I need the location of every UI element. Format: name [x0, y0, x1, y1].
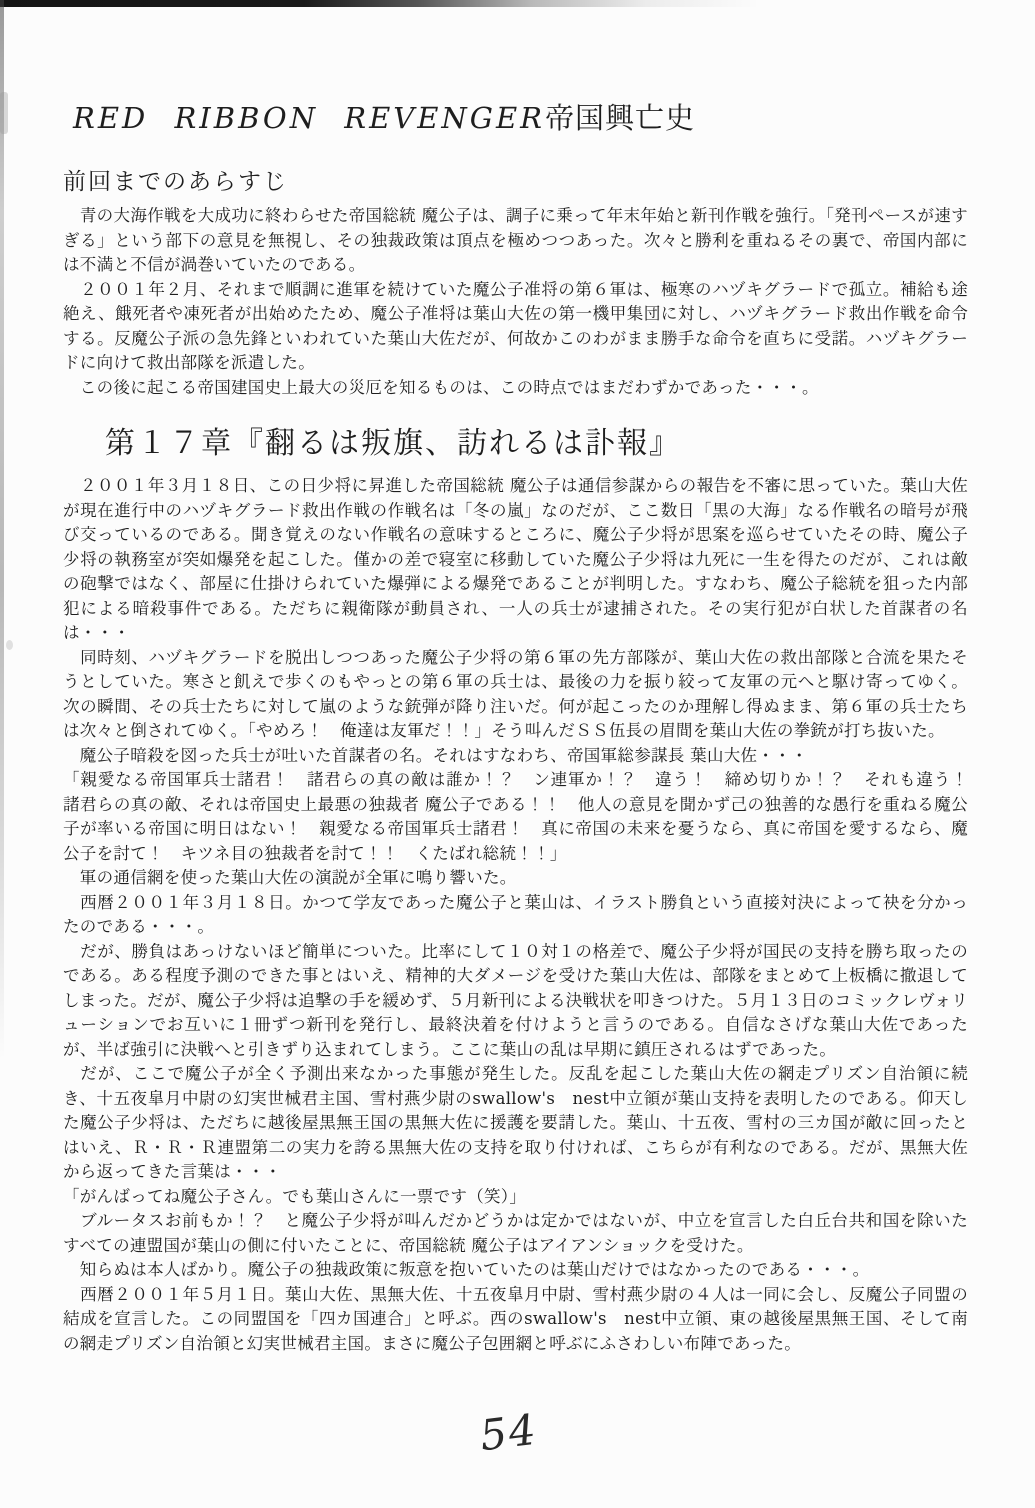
- chapter-heading: 第１７章『翻るは叛旗、訪れるは訃報』: [105, 418, 968, 462]
- chapter-paragraph: だが、ここで魔公子が全く予測出来なかった事態が発生した。反乱を起こした葉山大佐の…: [63, 1062, 968, 1185]
- handwritten-page-number: 54: [477, 1405, 540, 1461]
- chapter-paragraph: 西暦２００１年５月１日。葉山大佐、黒無大佐、十五夜皐月中尉、雪村燕少尉の４人は一…: [63, 1283, 968, 1357]
- page-content: RED RIBBON REVENGER帝国興亡史 前回までのあらすじ 青の大海作…: [63, 96, 968, 1356]
- page-title-kanji: 帝国興亡史: [545, 101, 695, 135]
- chapter-paragraph: ブルータスお前もか！？ と魔公子少将が叫んだかどうかは定かではないが、中立を宣言…: [63, 1209, 968, 1258]
- scan-artifact-left-edge: [0, 0, 4, 1060]
- chapter-paragraph: 西暦２００１年３月１８日。かつて学友であった魔公子と葉山は、イラスト勝負という直…: [63, 891, 968, 940]
- chapter-paragraph-speech: 「親愛なる帝国軍兵士諸君！ 諸君らの真の敵は誰か！？ ン連軍か！？ 違う！ 締め…: [63, 768, 968, 866]
- scan-artifact-top-bar: [0, 0, 760, 7]
- synopsis-paragraph: この後に起こる帝国建国史上最大の災厄を知るものは、この時点ではまだわずかであった…: [63, 376, 968, 401]
- chapter-paragraph: 魔公子暗殺を図った兵士が吐いた首謀者の名。それはすなわち、帝国軍総参謀長 葉山大…: [63, 744, 968, 769]
- page-title: RED RIBBON REVENGER帝国興亡史: [73, 96, 968, 137]
- scan-artifact-smudge: [0, 92, 8, 134]
- synopsis-paragraph: ２００１年２月、それまで順調に進軍を続けていた魔公子准将の第６軍は、極寒のハヅキ…: [63, 278, 968, 376]
- chapter-paragraph: ２００１年３月１８日、この日少将に昇進した帝国総統 魔公子は通信参謀からの報告を…: [63, 474, 968, 646]
- synopsis-heading: 前回までのあらすじ: [63, 163, 968, 196]
- scan-artifact-smudge: [6, 640, 13, 650]
- synopsis-paragraph: 青の大海作戦を大成功に終わらせた帝国総統 魔公子は、調子に乗って年末年始と新刊作…: [63, 204, 968, 278]
- chapter-paragraph-speech: 「がんばってね魔公子さん。でも葉山さんに一票です（笑）」: [63, 1185, 968, 1210]
- chapter-paragraph: 知らぬは本人ばかり。魔公子の独裁政策に叛意を抱いていたのは葉山だけではなかったの…: [63, 1258, 968, 1283]
- chapter-paragraph: 同時刻、ハヅキグラードを脱出しつつあった魔公子少将の第６軍の先方部隊が、葉山大佐…: [63, 646, 968, 744]
- chapter-paragraph: だが、勝負はあっけないほど簡単についた。比率にして１０対１の格差で、魔公子少将が…: [63, 940, 968, 1063]
- page-title-latin: RED RIBBON REVENGER: [73, 101, 545, 135]
- chapter-paragraph: 軍の通信網を使った葉山大佐の演説が全軍に鳴り響いた。: [63, 866, 968, 891]
